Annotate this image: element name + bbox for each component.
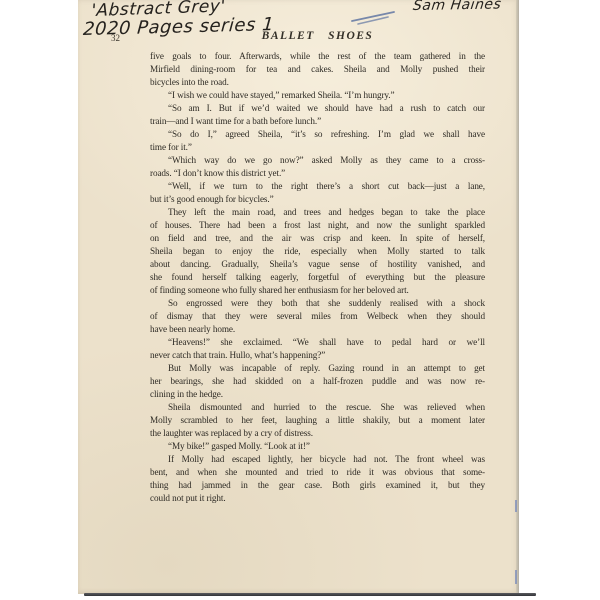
body-text: five goals to four. Afterwards, while th…	[150, 50, 485, 505]
text-line: Sheila dismounted and hurried to the res…	[150, 401, 485, 414]
text-line: time for it.”	[150, 141, 485, 154]
text-line: “Heavens!” she exclaimed. “We shall have…	[150, 336, 485, 349]
running-head: BALLET SHOES	[150, 30, 485, 42]
text-line: thing had jammed in the gear case. Both …	[150, 479, 485, 492]
text-line: bent, and when she mounted and tried to …	[150, 466, 485, 479]
text-line: “So am I. But if we’d waited we should h…	[150, 102, 485, 115]
text-line: never catch that train. Hullo, what’s ha…	[150, 349, 485, 362]
handwritten-signature: Sam Haines	[412, 0, 502, 14]
text-line: about dancing. Gradually, Sheila’s vague…	[150, 258, 485, 271]
text-line: “I wish we could have stayed,” remarked …	[150, 89, 485, 102]
text-line: have been nearly home.	[150, 323, 485, 336]
text-line: she found herself talking eagerly, forge…	[150, 271, 485, 284]
pencil-scribble-icon	[348, 8, 400, 28]
text-line: but it’s good enough for bicycles.”	[150, 193, 485, 206]
text-line: roads. “I don’t know this district yet.”	[150, 167, 485, 180]
text-line: Molly scrambled to her feet, laughing a …	[150, 414, 485, 427]
book-page: 'Abstract Grey' 2020 Pages series 1 Sam …	[78, 0, 519, 594]
text-line: “Which way do we go now?” asked Molly as…	[150, 154, 485, 167]
text-line: But Molly was incapable of reply. Gazing…	[150, 362, 485, 375]
text-line: “My bike!” gasped Molly. “Look at it!”	[150, 440, 485, 453]
text-line: They left the main road, and trees and h…	[150, 206, 485, 219]
text-line: of dismay that they were several miles f…	[150, 310, 485, 323]
text-line: her bearings, she had skidded on a half-…	[150, 375, 485, 388]
text-line: clining in the hedge.	[150, 388, 485, 401]
text-line: “So do I,” agreed Sheila, “it’s so refre…	[150, 128, 485, 141]
text-line: of houses. There had been a frost last n…	[150, 219, 485, 232]
text-line: on field and tree, and the air was crisp…	[150, 232, 485, 245]
text-line: “Well, if we turn to the right there’s a…	[150, 180, 485, 193]
page-bottom-edge	[84, 593, 536, 596]
page-number: 32	[111, 33, 120, 43]
text-line: five goals to four. Afterwards, while th…	[150, 50, 485, 63]
text-line: the laughter was replaced by a cry of di…	[150, 427, 485, 440]
text-line: Mirfield dining-room for tea and cakes. …	[150, 63, 485, 76]
edge-pen-mark	[515, 500, 517, 512]
text-line: of finding someone who fully shared her …	[150, 284, 485, 297]
edge-pen-mark	[515, 570, 517, 584]
scan-background: 'Abstract Grey' 2020 Pages series 1 Sam …	[0, 0, 600, 600]
text-line: could not put it right.	[150, 492, 485, 505]
text-line: train—and I want time for a bath before …	[150, 115, 485, 128]
text-line: Sheila began to enjoy the ride, especial…	[150, 245, 485, 258]
text-line: So engrossed were they both that she sud…	[150, 297, 485, 310]
text-line: If Molly had escaped lightly, her bicycl…	[150, 453, 485, 466]
text-line: bicycles into the road.	[150, 76, 485, 89]
